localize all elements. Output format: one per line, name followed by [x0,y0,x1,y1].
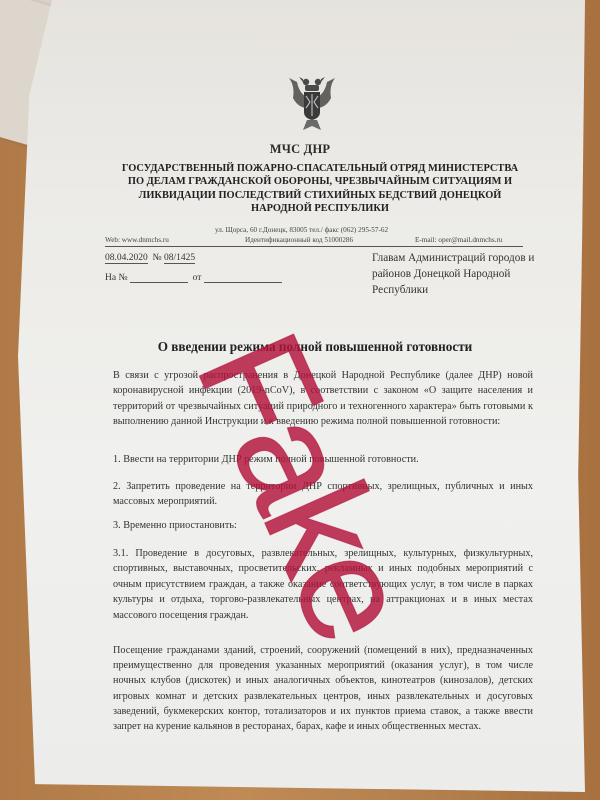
org-address: ул. Щорса, 60 г.Донецк, 83005 тел./ факс… [215,226,388,234]
reply-from-label: от [193,273,202,283]
reply-reference: На № от [105,272,282,283]
org-short-name: МЧС ДНР [0,142,600,157]
org-full-name: ГОСУДАРСТВЕННЫЙ ПОЖАРНО-СПАСАТЕЛЬНЫЙ ОТР… [120,162,520,215]
paragraph-visit: Посещение гражданами зданий, строений, с… [113,643,533,734]
reply-number-blank [130,272,188,283]
document-date: 08.04.2020 [105,253,148,264]
addressee: Главам Администраций городов и районов Д… [372,250,537,298]
document-content: МЧС ДНР ГОСУДАРСТВЕННЫЙ ПОЖАРНО-СПАСАТЕЛ… [0,0,600,800]
reply-label: На № [105,273,128,283]
contact-line: Web: www.dnmchs.ru Идентификационный код… [105,235,523,247]
reply-date-blank [204,272,282,283]
email-text: E-mail: oper@mail.dnmchs.ru [415,236,502,244]
number-label: № [153,253,162,263]
ident-code-text: Идентификационный код 51000286 [245,236,353,244]
document-number: 08/1425 [164,253,195,264]
dpr-coat-of-arms-icon [285,72,339,134]
website-text: Web: www.dnmchs.ru [105,236,169,244]
document-date-number: 08.04.2020 № 08/1425 [105,253,195,263]
